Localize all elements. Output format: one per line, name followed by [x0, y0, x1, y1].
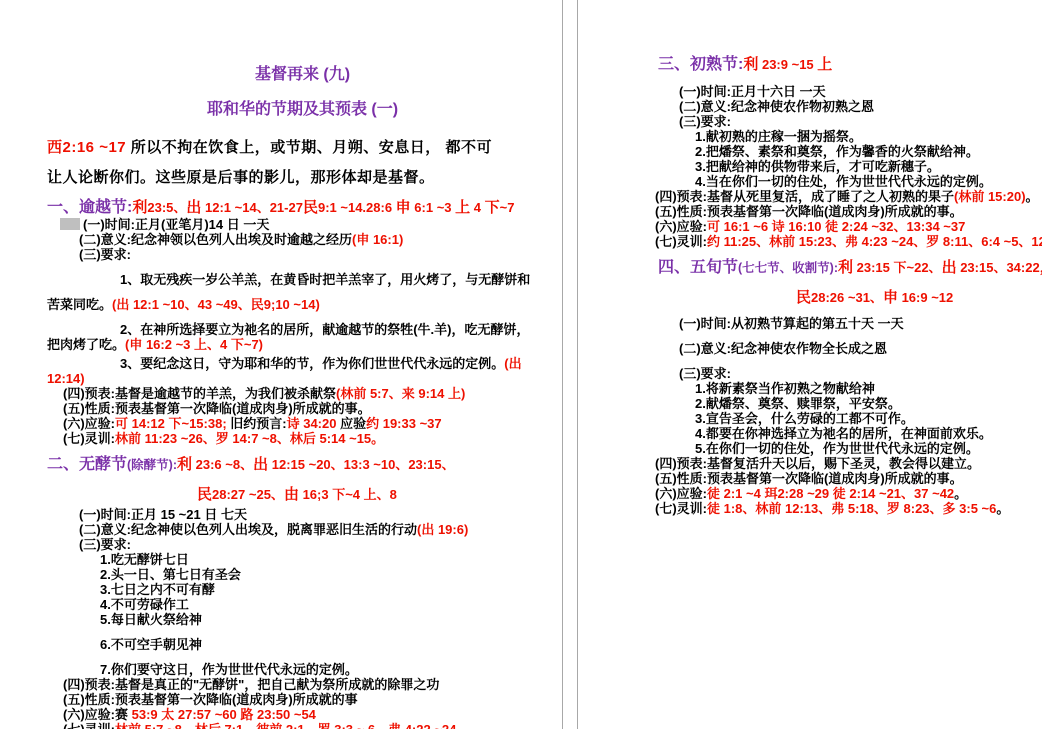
- text-segment: 上: [455, 199, 470, 216]
- text-segment: 旧约预言:: [227, 416, 287, 431]
- text-segment: (七)灵训:: [63, 431, 115, 446]
- outline-item-line: (七)灵训:林前 5:7 ~8、林后 7:1、彼前 2:1、罗 3:3 ~ 6、…: [63, 722, 558, 729]
- text-segment: 所以不拘在饮食上，或节期、月朔、安息日， 都不可: [126, 139, 492, 156]
- text-segment: 出: [186, 199, 201, 216]
- text-segment: (四)预表:基督从死里复活，成了睡了之人初熟的果子: [655, 189, 954, 204]
- text-segment: 出: [253, 456, 268, 473]
- scripture-paragraph-line: 西2:16 ~17 所以不拘在饮食上，或节期、月朔、安息日， 都不可: [47, 139, 558, 156]
- section-heading-refs: 民28:27 ~25、由 16;3 下~4 上、8: [197, 487, 558, 503]
- text-segment: (二)意义:纪念神领以色列人出埃及时逾越之经历: [79, 232, 352, 247]
- text-segment: (七)灵训:: [63, 722, 115, 729]
- text-segment: (三)要求:: [679, 366, 731, 381]
- list-item-line: 3.七日之内不可有酵: [100, 582, 558, 597]
- outline-item-line: (五)性质:预表基督第一次降临(道成肉身)所成就的事: [63, 692, 558, 707]
- text-segment: 可 14:12 下~15:38;: [115, 416, 227, 431]
- text-segment: 1.吃无酵饼七日: [100, 552, 189, 567]
- text-segment: (出 12:1 ~10、43 ~49、民9;10 ~14): [112, 297, 320, 312]
- text-segment: 申: [396, 199, 411, 216]
- text-segment: (一)时间:正月(亚笔月)14 日 一天: [83, 217, 269, 232]
- text-segment: 4.都要在你神选择立为祂名的居所，在神面前欢乐。: [695, 426, 992, 441]
- outline-item-line: (一)时间:正月十六日 一天: [679, 84, 1042, 99]
- outline-item-line: (一)时间:正月 15 ~21 日 七天: [79, 507, 558, 522]
- doc-title-line: 耶和华的节期及其预表 (一): [47, 91, 558, 126]
- text-segment: (林前 5:7、来 9:14 上): [336, 386, 465, 401]
- text-segment: (三)要求:: [79, 537, 131, 552]
- outline-item-line: (二)意义:纪念神使以色列人出埃及，脱离罪恶旧生活的行动(出 19:6): [79, 522, 558, 537]
- outline-item-line: (二)意义:纪念神使农作物初熟之恩: [679, 99, 1042, 114]
- page-left: 基督再来 (九)耶和华的节期及其预表 (一)西2:16 ~17 所以不拘在饮食上…: [0, 0, 563, 729]
- text-segment: 耶和华的节期及其预表 (一): [207, 101, 398, 118]
- outline-item-line: (七)灵训:徒 1:8、林前 12:13、弗 5:18、罗 8:23、多 3:5…: [655, 501, 1042, 516]
- text-segment: (出 19:6): [417, 522, 468, 537]
- text-segment: 23:5、: [147, 200, 186, 215]
- text-segment: (三)要求:: [679, 114, 731, 129]
- text-segment: 23:9 ~15: [758, 57, 817, 72]
- continuation-line: 苦菜同吃。(出 12:1 ~10、43 ~49、民9;10 ~14): [47, 297, 558, 312]
- text-segment: (除酵节):: [127, 458, 177, 472]
- text-segment: (六)应验:: [655, 219, 707, 234]
- text-segment: 可 16:1 ~6 诗 16:10 徒 2:24 ~32、13:34 ~37: [707, 219, 965, 234]
- outline-item-line: (五)性质:预表基督第一次降临(道成肉身)所成就的事。: [655, 471, 1042, 486]
- outline-item-line: (二)意义:纪念神使农作物全长成之恩: [679, 341, 1042, 356]
- list-item-line: 4.当在你们一切的住处，作为世世代代永远的定例。: [695, 174, 1042, 189]
- text-segment: 苦菜同吃。: [47, 297, 112, 312]
- section-heading-refs: 民28:26 ~31、申 16:9 ~12: [796, 290, 1042, 306]
- text-segment: (三)要求:: [79, 247, 131, 262]
- text-segment: 利: [743, 56, 758, 73]
- text-segment: (一)时间:正月 15 ~21 日 七天: [79, 507, 247, 522]
- outline-item-line: (三)要求:: [679, 366, 1042, 381]
- text-segment: 12:1 ~14、21-27: [201, 200, 303, 215]
- scripture-paragraph-line: 让人论断你们。这些原是后事的影儿，那形体却是基督。: [47, 169, 558, 186]
- text-segment: (一)时间:正月十六日 一天: [679, 84, 826, 99]
- text-segment: (六)应验:: [655, 486, 707, 501]
- text-segment: (出: [504, 356, 521, 371]
- text-segment: 4: [470, 200, 484, 215]
- text-segment: 应验: [336, 416, 366, 431]
- outline-item-line: (三)要求:: [679, 114, 1042, 129]
- section-heading: 四、五旬节(七七节、收割节):利 23:15 下~22、出 23:15、34:2…: [658, 259, 1042, 277]
- list-item-line: 3.把献给神的供物带来后，才可吃新穗子。: [695, 159, 1042, 174]
- text-segment: 2.头一日、第七日有圣会: [100, 567, 241, 582]
- text-segment: 上: [817, 56, 832, 73]
- gray-highlight-box: [60, 218, 80, 230]
- text-segment: 3、要纪念这日，守为耶和华的节，作为你们世世代代永远的定例。: [120, 356, 504, 371]
- text-segment: 林前 11:23 ~26、罗 14:7 ~8、林后 5:14 ~15。: [115, 431, 384, 446]
- text-segment: 三、初熟节:: [658, 56, 743, 73]
- text-segment: 12:15 ~20、13:3 ~10、23:15、: [268, 457, 454, 472]
- text-segment: 徒 1:8、林前 12:13、弗 5:18、罗 8:23、多 3:5 ~6: [707, 501, 996, 516]
- numbered-item-line: 2、在神所选择要立为祂名的居所，献逾越节的祭牲(牛.羊)，吃无酵饼，: [120, 322, 558, 337]
- list-item-line: 2.献燔祭、奠祭、赎罪祭，平安祭。: [695, 396, 1042, 411]
- text-segment: 53:9 太 27:57 ~60 路 23:50 ~54: [128, 707, 316, 722]
- list-item-line: 2.头一日、第七日有圣会: [100, 567, 558, 582]
- list-item-line: 1.献初熟的庄稼一捆为摇祭。: [695, 129, 1042, 144]
- outline-item-line: (六)应验:徒 2:1 ~4 珥2:28 ~29 徒 2:14 ~21、37 ~…: [655, 486, 1042, 501]
- text-segment: 23:6 ~8、: [192, 457, 253, 472]
- text-segment: 四、五旬节: [658, 259, 738, 276]
- text-segment: 3.把献给神的供物带来后，才可吃新穗子。: [695, 159, 940, 174]
- text-segment: 6.不可空手朝见神: [100, 637, 202, 652]
- list-item-line: 4.不可劳碌作工: [100, 597, 558, 612]
- list-item-line: 4.都要在你神选择立为祂名的居所，在神面前欢乐。: [695, 426, 1042, 441]
- text-segment: 民: [303, 199, 318, 216]
- text-segment: 5.在你们一切的住处，作为世世代代永远的定例。: [695, 441, 979, 456]
- text-segment: (六)应验:赛: [63, 707, 128, 722]
- text-segment: 1.将新素祭当作初熟之物献给神: [695, 381, 875, 396]
- outline-item-line: (五)性质:预表基督第一次降临(道成肉身)所成就的事。: [655, 204, 1042, 219]
- text-segment: 4.不可劳碌作工: [100, 597, 189, 612]
- text-segment: 民: [197, 486, 212, 503]
- text-segment: (七)灵训:: [655, 501, 707, 516]
- text-segment: (四)预表:基督复活升天以后，赐下圣灵，教会得以建立。: [655, 456, 980, 471]
- text-segment: 约 19:33 ~37: [366, 416, 442, 431]
- text-segment: (林前 15:20): [954, 189, 1026, 204]
- outline-item-line: (七)灵训:林前 11:23 ~26、罗 14:7 ~8、林后 5:14 ~15…: [63, 431, 558, 446]
- outline-item-line: (四)预表:基督是真正的"无酵饼"，把自己献为祭所成就的除罪之功: [63, 677, 558, 692]
- text-segment: (五)性质:预表基督第一次降临(道成肉身)所成就的事。: [655, 204, 963, 219]
- text-segment: ~7: [500, 200, 515, 215]
- text-segment: 。: [1026, 189, 1039, 204]
- outline-item-line: (一)时间:正月(亚笔月)14 日 一天: [60, 217, 558, 232]
- text-segment: 林前 5:7 ~8、林后 7:1、彼前 2:1、罗 3:3 ~ 6、弗 4:22…: [115, 722, 456, 729]
- text-segment: 1、取无残疾一岁公羊羔，在黄昏时把羊羔宰了，用火烤了，与无酵饼和: [120, 272, 530, 287]
- section-heading: 一、逾越节:利23:5、出 12:1 ~14、21-27民9:1 ~14.28:…: [47, 199, 558, 217]
- text-segment: 把肉烤了吃。: [47, 337, 125, 352]
- document-spread: 基督再来 (九)耶和华的节期及其预表 (一)西2:16 ~17 所以不拘在饮食上…: [0, 0, 1042, 729]
- outline-item-line: (五)性质:预表基督第一次降临(道成肉身)所成就的事。: [63, 401, 558, 416]
- outline-item-line: (三)要求:: [79, 247, 558, 262]
- text-segment: 利: [177, 456, 192, 473]
- text-segment: (申 16:1): [352, 232, 403, 247]
- text-segment: 16;3 下~4 上、8: [299, 487, 397, 502]
- text-segment: 。: [996, 501, 1009, 516]
- text-segment: 3.宣告圣会，什么劳碌的工都不可作。: [695, 411, 914, 426]
- text-segment: (四)预表:基督是逾越节的羊羔，为我们被杀献祭: [63, 386, 336, 401]
- text-segment: 6:1 ~3: [411, 200, 455, 215]
- text-segment: 出: [942, 259, 957, 276]
- outline-item-line: (三)要求:: [79, 537, 558, 552]
- text-segment: 3.七日之内不可有酵: [100, 582, 215, 597]
- outline-item-line: (七)灵训:约 11:25、林前 15:23、弗 4:23 ~24、罗 8:11…: [655, 234, 1042, 249]
- continuation-line: 12:14): [47, 371, 558, 386]
- outline-item-line: (四)预表:基督从死里复活，成了睡了之人初熟的果子(林前 15:20)。: [655, 189, 1042, 204]
- list-item-line: 6.不可空手朝见神: [100, 637, 558, 652]
- text-segment: (二)意义:纪念神使农作物初熟之恩: [679, 99, 874, 114]
- list-item-line: 3.宣告圣会，什么劳碌的工都不可作。: [695, 411, 1042, 426]
- list-item-line: 5.每日献火祭给神: [100, 612, 558, 627]
- text-segment: 徒 2:1 ~4 珥2:28 ~29 徒 2:14 ~21、37 ~42: [707, 486, 954, 501]
- text-segment: (申 16:2 ~3 上、4 下~7): [125, 337, 263, 352]
- text-segment: (五)性质:预表基督第一次降临(道成肉身)所成就的事。: [655, 471, 963, 486]
- text-segment: 利: [838, 259, 853, 276]
- text-segment: 一、逾越节:: [47, 199, 132, 216]
- list-item-line: 2.把燔祭、素祭和奠祭，作为馨香的火祭献给神。: [695, 144, 1042, 159]
- text-segment: 2、在神所选择要立为祂名的居所，献逾越节的祭牲(牛.羊)，吃无酵饼，: [120, 322, 530, 337]
- outline-item-line: (四)预表:基督复活升天以后，赐下圣灵，教会得以建立。: [655, 456, 1042, 471]
- page-right: 三、初熟节:利 23:9 ~15 上(一)时间:正月十六日 一天(二)意义:纪念…: [577, 0, 1042, 729]
- text-segment: 2.献燔祭、奠祭、赎罪祭，平安祭。: [695, 396, 901, 411]
- text-segment: 2.把燔祭、素祭和奠祭，作为馨香的火祭献给神。: [695, 144, 979, 159]
- text-segment: 28:26 ~31、: [811, 290, 883, 305]
- numbered-item-line: 1、取无残疾一岁公羊羔，在黄昏时把羊羔宰了，用火烤了，与无酵饼和: [120, 272, 558, 287]
- text-segment: (七七节、收割节):: [738, 261, 838, 275]
- text-segment: 下: [485, 199, 500, 216]
- text-segment: 诗 34:20: [287, 416, 337, 431]
- text-segment: 民: [796, 289, 811, 306]
- doc-title-line: 基督再来 (九): [47, 56, 558, 91]
- text-segment: 利: [132, 199, 147, 216]
- text-segment: 基督再来 (九): [255, 66, 350, 83]
- text-segment: 9:1 ~14.28:6: [318, 200, 396, 215]
- text-segment: (七)灵训:: [655, 234, 707, 249]
- text-segment: 4.当在你们一切的住处，作为世世代代永远的定例。: [695, 174, 992, 189]
- text-segment: 二、无酵节: [47, 456, 127, 473]
- page-divider-gap: [563, 0, 577, 729]
- section-heading: 二、无酵节(除酵节):利 23:6 ~8、出 12:15 ~20、13:3 ~1…: [47, 456, 558, 474]
- text-segment: 23:15 下~22、: [853, 260, 942, 275]
- text-segment: 申: [883, 289, 898, 306]
- text-segment: (二)意义:纪念神使以色列人出埃及，脱离罪恶旧生活的行动: [79, 522, 417, 537]
- outline-item-line: (六)应验:可 14:12 下~15:38; 旧约预言:诗 34:20 应验约 …: [63, 416, 558, 431]
- section-heading: 三、初熟节:利 23:9 ~15 上: [658, 56, 1042, 74]
- text-segment: 7.你们要守这日，作为世世代代永远的定例。: [100, 662, 358, 677]
- list-item-line: 5.在你们一切的住处，作为世世代代永远的定例。: [695, 441, 1042, 456]
- text-segment: 。: [954, 486, 967, 501]
- numbered-item-line: 3、要纪念这日，守为耶和华的节，作为你们世世代代永远的定例。(出: [120, 356, 558, 371]
- text-segment: (六)应验:: [63, 416, 115, 431]
- text-segment: 28:27 ~25、: [212, 487, 284, 502]
- list-item-line: 7.你们要守这日，作为世世代代永远的定例。: [100, 662, 558, 677]
- outline-item-line: (四)预表:基督是逾越节的羊羔，为我们被杀献祭(林前 5:7、来 9:14 上): [63, 386, 558, 401]
- text-segment: 12:14): [47, 371, 85, 386]
- text-segment: (一)时间:从初熟节算起的第五十天 一天: [679, 316, 904, 331]
- outline-item-line: (六)应验:可 16:1 ~6 诗 16:10 徒 2:24 ~32、13:34…: [655, 219, 1042, 234]
- text-segment: 16:9 ~12: [898, 290, 953, 305]
- text-segment: 让人论断你们。这些原是后事的影儿，那形体却是基督。: [47, 169, 435, 186]
- text-segment: (五)性质:预表基督第一次降临(道成肉身)所成就的事。: [63, 401, 371, 416]
- continuation-line: 把肉烤了吃。(申 16:2 ~3 上、4 下~7): [47, 337, 558, 352]
- text-segment: 由: [284, 486, 299, 503]
- outline-item-line: (六)应验:赛 53:9 太 27:57 ~60 路 23:50 ~54: [63, 707, 558, 722]
- text-segment: 西2:16 ~17: [47, 139, 126, 156]
- text-segment: 1.献初熟的庄稼一捆为摇祭。: [695, 129, 862, 144]
- text-segment: 5.每日献火祭给神: [100, 612, 202, 627]
- text-segment: (二)意义:纪念神使农作物全长成之恩: [679, 341, 887, 356]
- text-segment: (四)预表:基督是真正的"无酵饼"，把自己献为祭所成就的除罪之功: [63, 677, 439, 692]
- list-item-line: 1.将新素祭当作初熟之物献给神: [695, 381, 1042, 396]
- text-segment: 约 11:25、林前 15:23、弗 4:23 ~24、罗 8:11、6:4 ~…: [707, 234, 1042, 249]
- outline-item-line: (一)时间:从初熟节算起的第五十天 一天: [679, 316, 1042, 331]
- text-segment: 23:15、34:22，: [957, 260, 1042, 275]
- text-segment: (五)性质:预表基督第一次降临(道成肉身)所成就的事: [63, 692, 358, 707]
- outline-item-line: (二)意义:纪念神领以色列人出埃及时逾越之经历(申 16:1): [79, 232, 558, 247]
- list-item-line: 1.吃无酵饼七日: [100, 552, 558, 567]
